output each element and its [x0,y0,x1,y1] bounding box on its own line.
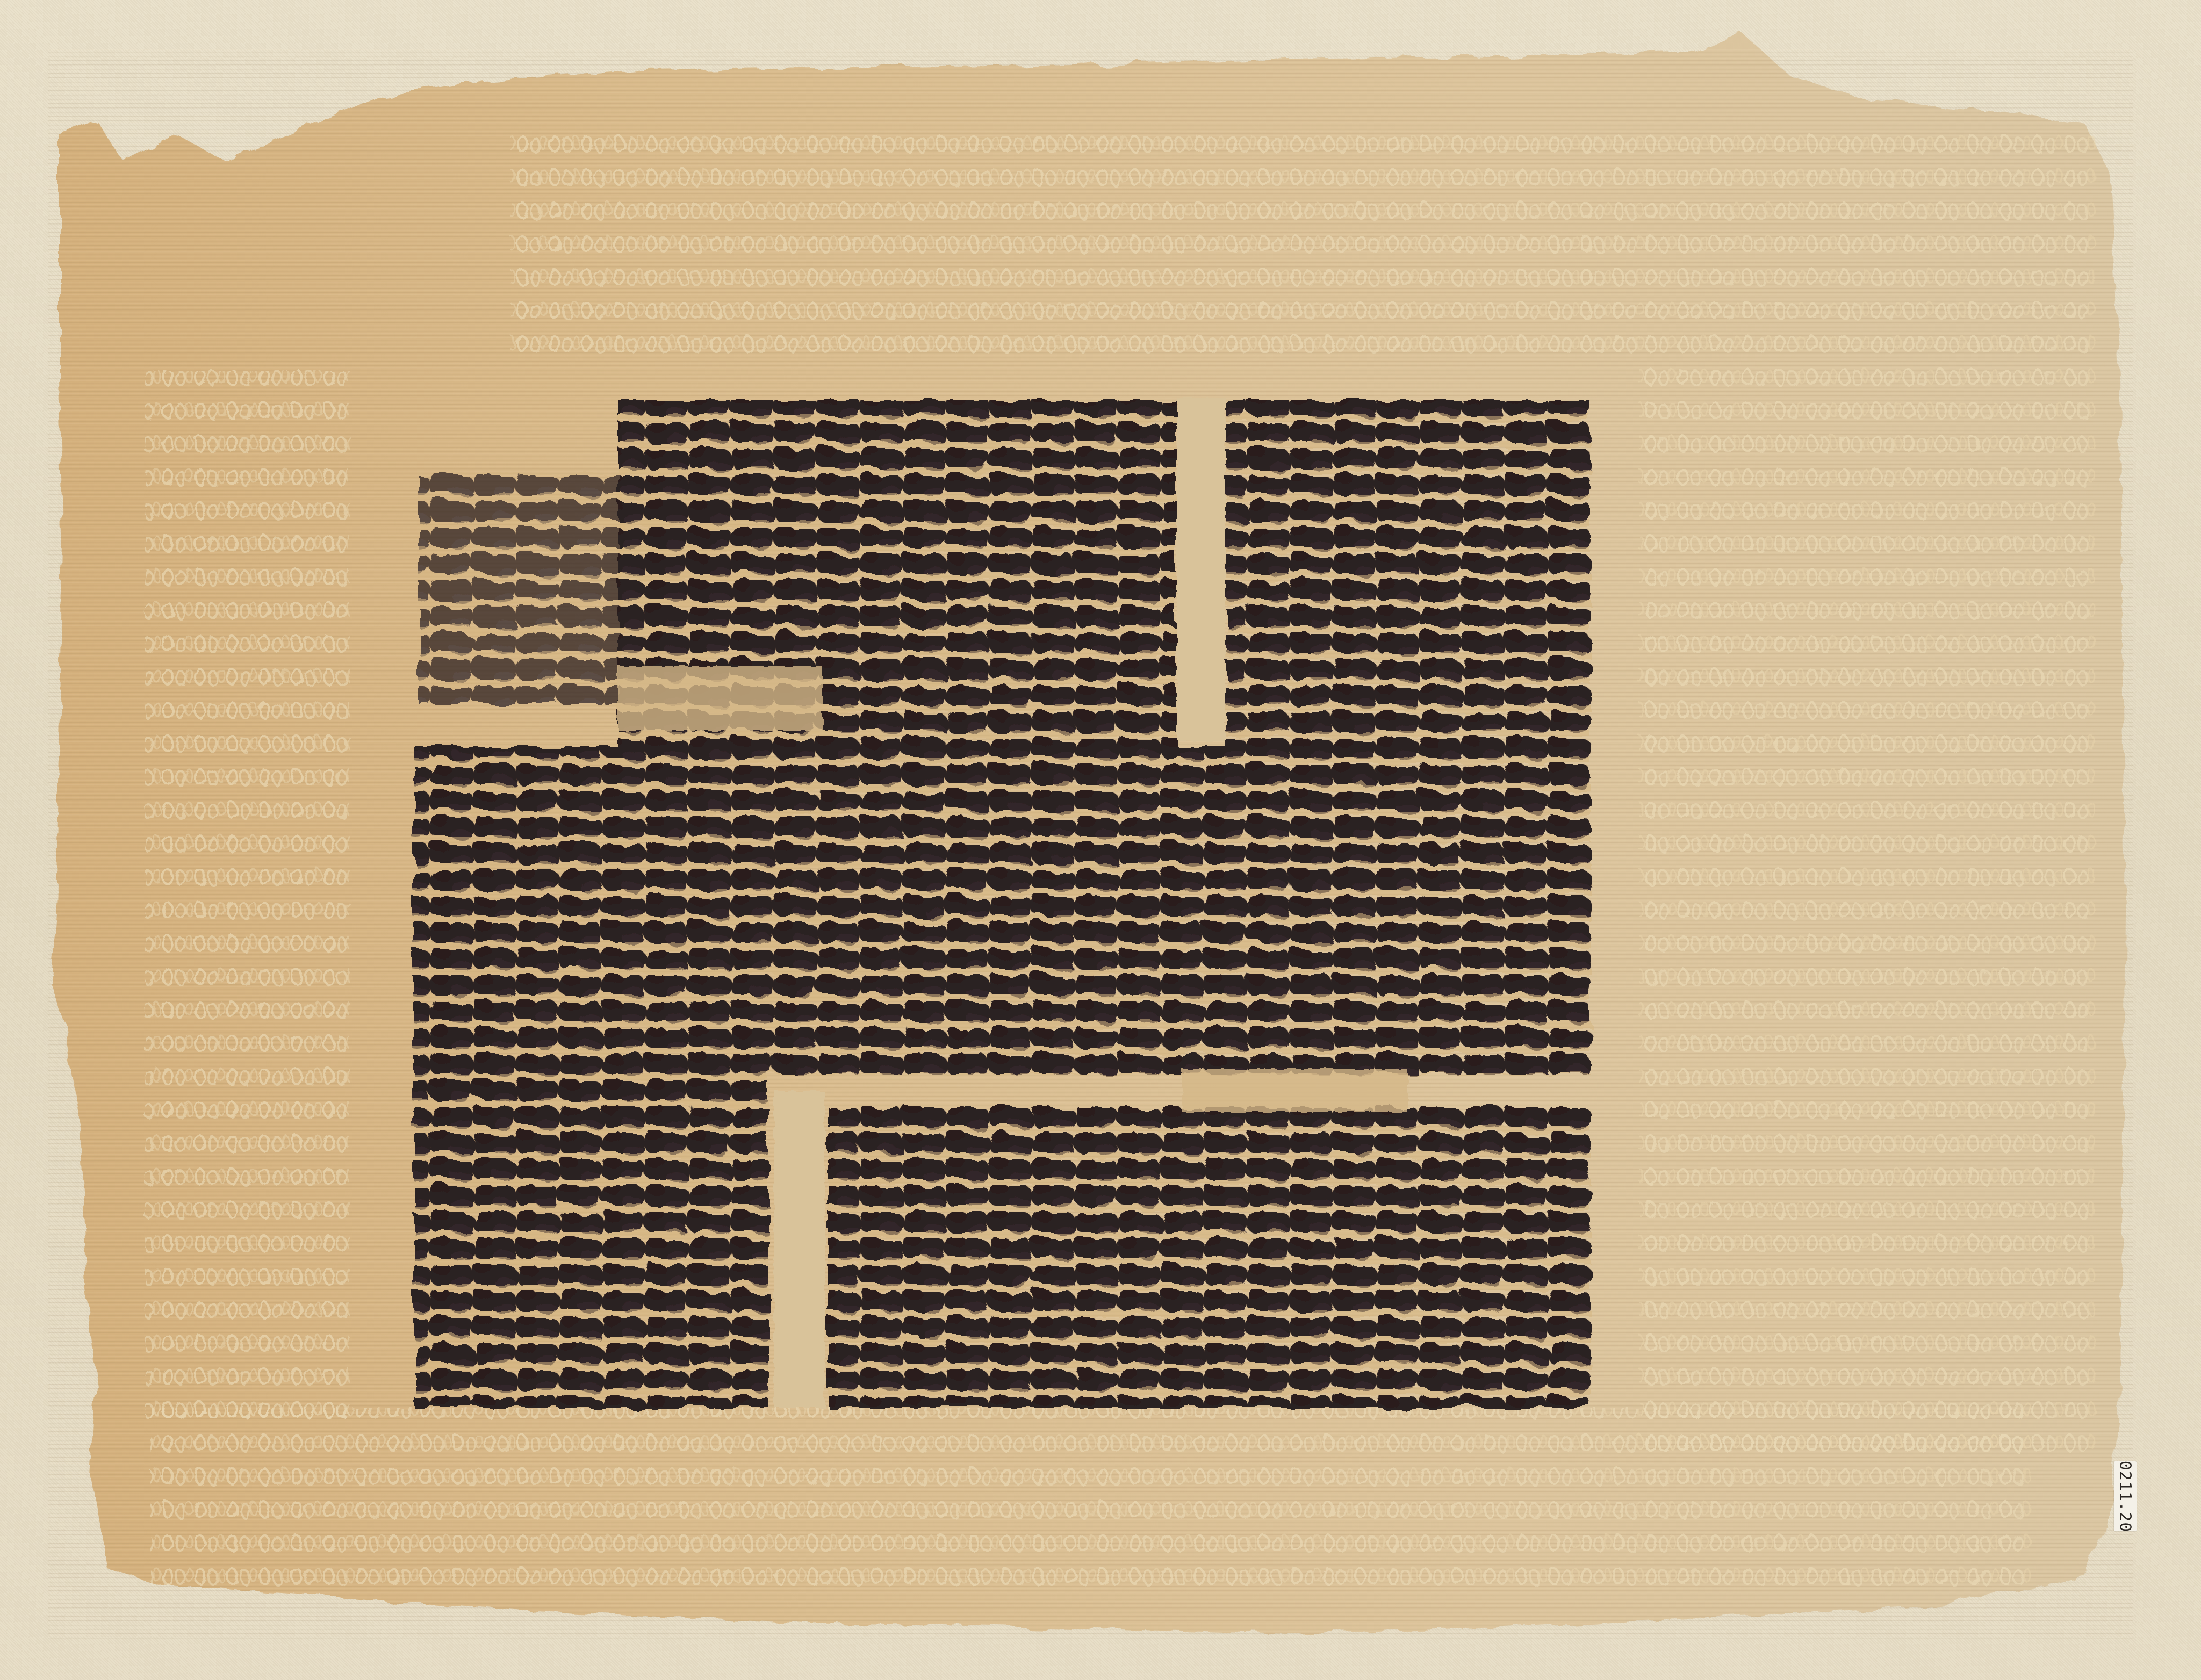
textile-illustration [0,0,2201,1680]
textile-fragment [0,0,2201,1680]
inventory-label: 0211.20 [2114,1461,2137,1531]
inventory-number: 0211.20 [2116,1460,2135,1532]
